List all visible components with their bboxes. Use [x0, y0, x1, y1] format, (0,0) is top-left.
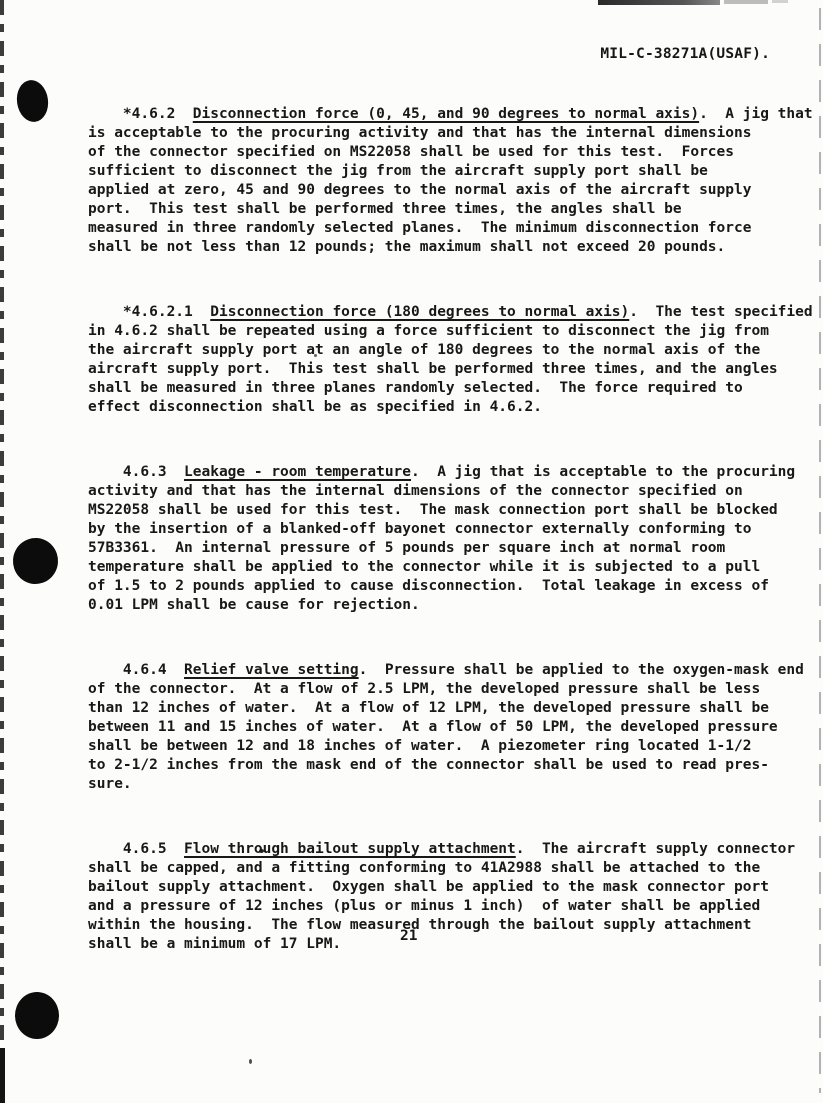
- spec-section-4.6.4: 4.6.4 Relief valve setting. Pressure sha…: [88, 642, 798, 813]
- top-edge-smudge: [598, 0, 720, 5]
- section-text: . The test specified: [629, 304, 812, 320]
- section-number: 4.6.3: [123, 464, 184, 480]
- section-text: shall be capped, and a fitting conformin…: [88, 860, 769, 952]
- spec-section-4.6.2: *4.6.2 Disconnection force (0, 45, and 9…: [88, 86, 798, 276]
- section-text: . A jig that is acceptable to the procur…: [411, 464, 795, 480]
- section-number: *4.6.2.1: [123, 304, 210, 320]
- section-text: . Pressure shall be applied to the oxyge…: [359, 662, 804, 678]
- bottom-left-scan-bar: [0, 1048, 5, 1103]
- page-number: 21: [400, 928, 417, 944]
- hole-punch-mark: [15, 992, 59, 1039]
- right-edge-scan-line: [819, 8, 821, 1093]
- section-text: is acceptable to the procuring activity …: [88, 125, 751, 255]
- section-title: Flow through bailout supply attachment: [184, 841, 516, 857]
- top-edge-smudge: [772, 0, 788, 3]
- section-text: of the connector. At a flow of 2.5 LPM, …: [88, 681, 778, 792]
- section-title: Relief valve setting: [184, 662, 359, 678]
- section-title: Disconnection force (0, 45, and 90 degre…: [193, 106, 699, 122]
- section-text: . A jig that: [699, 106, 813, 122]
- document-page: MIL-C-38271A(USAF). *4.6.2 Disconnection…: [0, 0, 823, 1103]
- top-edge-smudge: [724, 0, 768, 4]
- section-text: . The aircraft supply connector: [516, 841, 795, 857]
- spec-section-4.6.2.1: *4.6.2.1 Disconnection force (180 degree…: [88, 284, 798, 436]
- section-text: in 4.6.2 shall be repeated using a force…: [88, 323, 778, 415]
- left-edge-scan-line: [0, 0, 4, 1103]
- section-title: Leakage - room temperature: [184, 464, 411, 480]
- spec-section-4.6.3: 4.6.3 Leakage - room temperature. A jig …: [88, 444, 798, 634]
- document-id-header: MIL-C-38271A(USAF).: [600, 46, 770, 62]
- hole-punch-mark: [11, 536, 59, 585]
- section-title: Disconnection force (180 degrees to norm…: [210, 304, 629, 320]
- spec-section-4.6.5: 4.6.5 Flow through bailout supply attach…: [88, 821, 798, 973]
- section-text: activity and that has the internal dimen…: [88, 483, 778, 613]
- document-body: *4.6.2 Disconnection force (0, 45, and 9…: [88, 86, 798, 981]
- section-number: 4.6.4: [123, 662, 184, 678]
- hole-punch-mark: [14, 78, 51, 124]
- section-number: *4.6.2: [123, 106, 193, 122]
- scan-speckle: [249, 1059, 252, 1064]
- section-number: 4.6.5: [123, 841, 184, 857]
